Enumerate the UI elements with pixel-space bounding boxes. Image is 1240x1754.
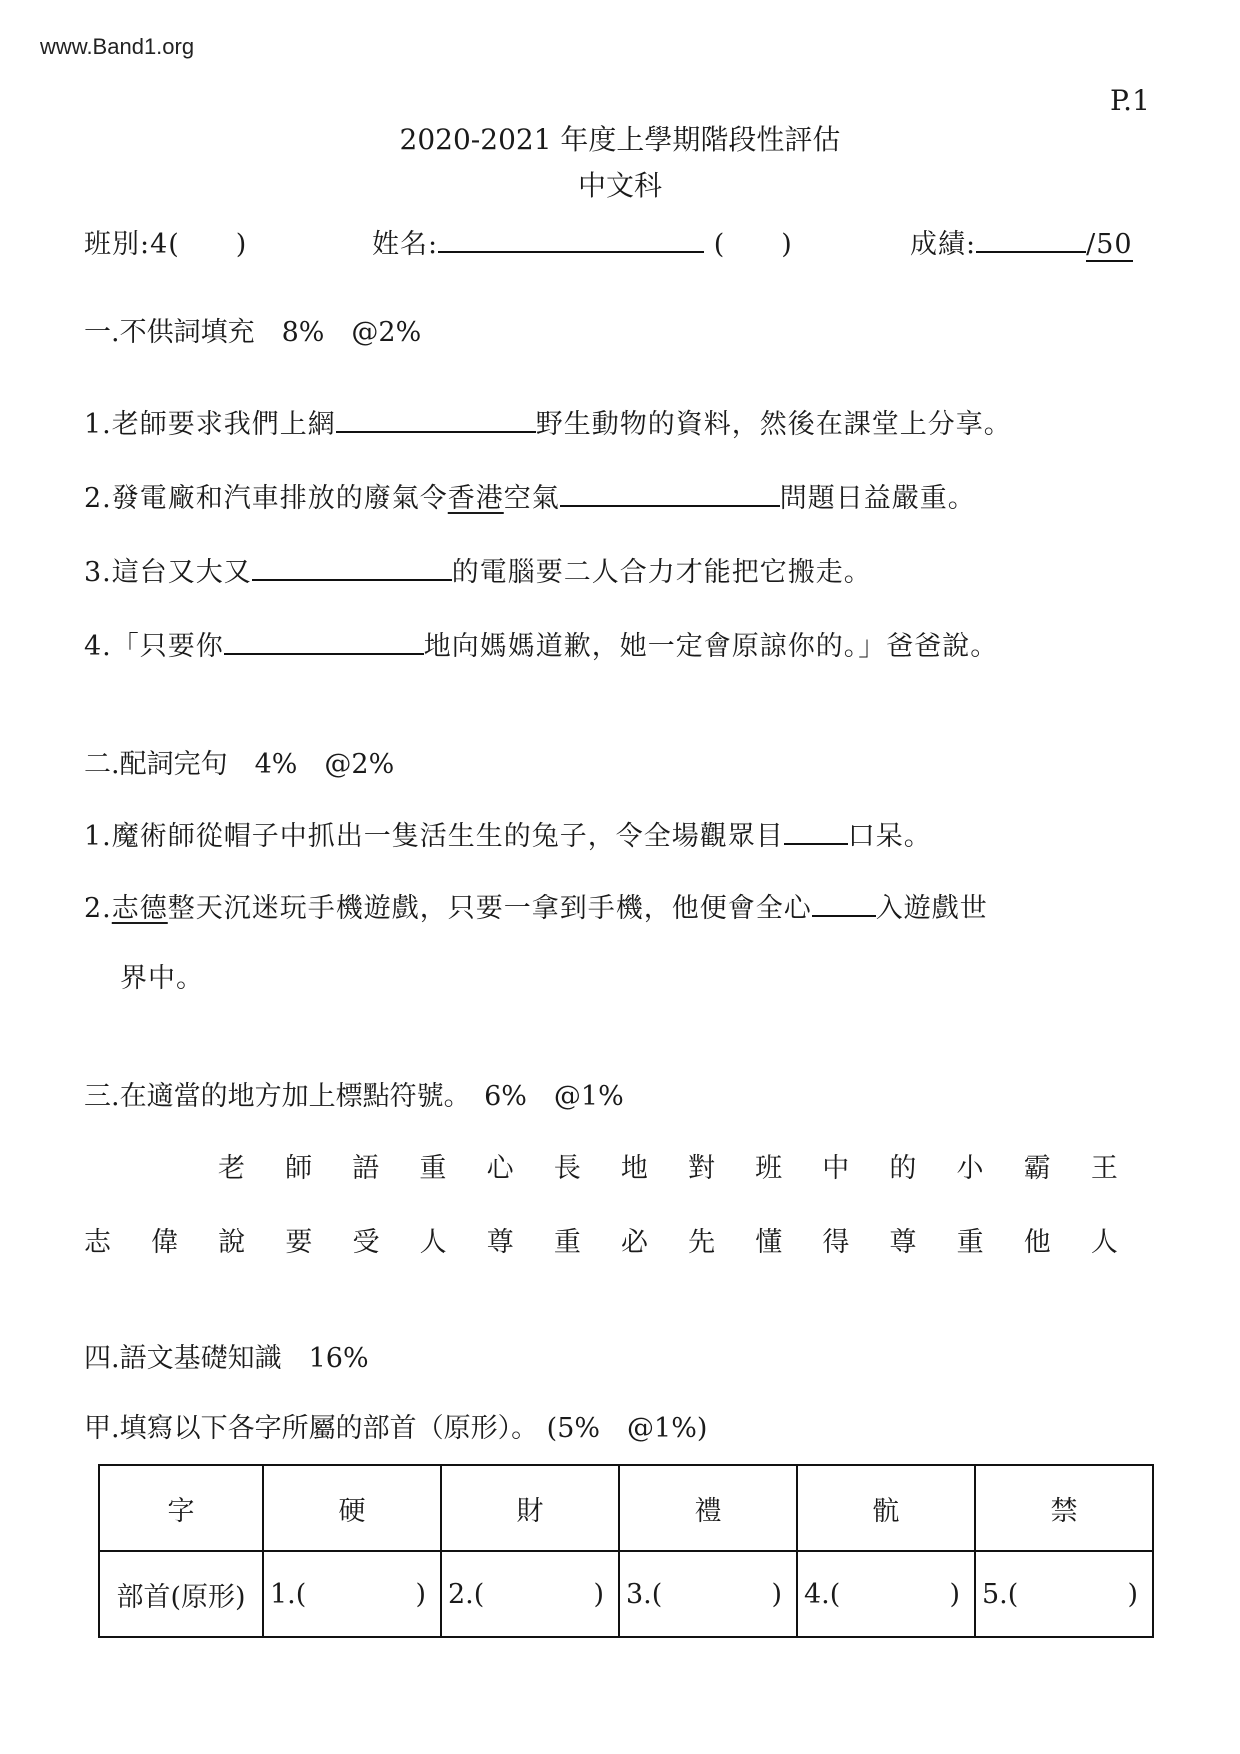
char: 中 <box>822 1146 849 1185</box>
section-1-heading: 一.不供詞填充 8% @2% <box>84 310 421 349</box>
char: 長 <box>554 1146 581 1185</box>
radical-table: 字 硬 財 禮 骯 禁 部首(原形) 1.() 2.() 3.() 4.() 5… <box>98 1464 1154 1638</box>
question-text: 野生動物的資料，然後在課堂上分享。 <box>536 409 1012 440</box>
answer-label: 1.( <box>270 1579 306 1610</box>
question-1-2: 2.發電廠和汽車排放的廢氣令香港空氣問題日益嚴重。 <box>84 476 976 515</box>
question-2-1: 1.魔術師從帽子中抓出一隻活生生的兔子，令全場觀眾目口呆。 <box>84 814 932 853</box>
question-text: 1.魔術師從帽子中抓出一隻活生生的兔子，令全場觀眾目 <box>84 821 784 852</box>
char: 得 <box>822 1220 849 1259</box>
question-text: 1.老師要求我們上網 <box>84 409 336 440</box>
subject-title: 中文科 <box>0 164 1240 204</box>
char: 懂 <box>755 1220 782 1259</box>
watermark: www.Band1.org <box>40 34 194 60</box>
name-number-paren: ( ) <box>714 229 793 260</box>
char: 語 <box>352 1146 379 1185</box>
section-4-heading: 四.語文基礎知識 16% <box>84 1336 369 1375</box>
answer-blank[interactable] <box>336 405 536 433</box>
char: 小 <box>957 1146 984 1185</box>
char: 志 <box>84 1220 111 1259</box>
question-text: 4.「只要你 <box>84 631 224 662</box>
answer-row: 部首(原形) 1.() 2.() 3.() 4.() 5.() <box>99 1551 1153 1637</box>
proper-noun: 志德 <box>112 893 168 924</box>
close-paren: ) <box>771 1579 782 1610</box>
question-1-3: 3.這台又大又的電腦要二人合力才能把它搬走。 <box>84 550 872 589</box>
answer-blank[interactable] <box>784 817 848 845</box>
question-text: 問題日益嚴重。 <box>780 483 976 514</box>
class-label: 班別:4( ) <box>84 229 247 260</box>
answer-label: 3.( <box>626 1579 662 1610</box>
question-1-1: 1.老師要求我們上網野生動物的資料，然後在課堂上分享。 <box>84 402 1012 441</box>
char: 重 <box>957 1220 984 1259</box>
answer-blank[interactable] <box>812 889 876 917</box>
char: 尊 <box>487 1220 514 1259</box>
char: 偉 <box>151 1220 178 1259</box>
close-paren: ) <box>593 1579 604 1610</box>
char: 重 <box>419 1146 446 1185</box>
section-3-heading: 三.在適當的地方加上標點符號。 6% @1% <box>84 1074 624 1113</box>
character-row: 字 硬 財 禮 骯 禁 <box>99 1465 1153 1551</box>
score-label: 成績: <box>910 229 976 260</box>
char: 王 <box>1091 1146 1118 1185</box>
section-4-sub-heading: 甲.填寫以下各字所屬的部首（原形）。 (5% @1%) <box>84 1406 707 1445</box>
char: 必 <box>621 1220 648 1259</box>
char: 心 <box>487 1146 514 1185</box>
char: 人 <box>1091 1220 1118 1259</box>
answer-cell[interactable]: 2.() <box>441 1551 619 1637</box>
close-paren: ) <box>1127 1579 1138 1610</box>
char: 師 <box>285 1146 312 1185</box>
exam-title: 2020-2021 年度上學期階段性評估 <box>0 118 1240 158</box>
question-1-4: 4.「只要你地向媽媽道歉，她一定會原諒你的。」爸爸說。 <box>84 624 998 663</box>
char: 先 <box>688 1220 715 1259</box>
score-blank[interactable] <box>976 225 1086 253</box>
char: 說 <box>218 1220 245 1259</box>
score-field: 成績:/50 <box>910 222 1133 261</box>
name-label: 姓名: <box>372 229 438 260</box>
character-cell: 禁 <box>975 1465 1153 1551</box>
answer-label: 2.( <box>448 1579 484 1610</box>
question-text: 整天沉迷玩手機遊戲，只要一拿到手機，他便會全心 <box>168 893 812 924</box>
question-text: 2.發電廠和汽車排放的廢氣令 <box>84 483 448 514</box>
character-cell: 骯 <box>797 1465 975 1551</box>
answer-cell[interactable]: 1.() <box>263 1551 441 1637</box>
name-blank[interactable] <box>438 225 704 253</box>
answer-blank[interactable] <box>224 627 424 655</box>
answer-blank[interactable] <box>252 553 452 581</box>
question-2-2: 2.志德整天沉迷玩手機遊戲，只要一拿到手機，他便會全心入遊戲世 <box>84 886 988 925</box>
char: 重 <box>554 1220 581 1259</box>
row-header: 字 <box>99 1465 263 1551</box>
score-total: /50 <box>1086 229 1132 262</box>
row-header: 部首(原形) <box>99 1551 263 1637</box>
punctuation-line-2: 志偉說要受人尊重必先懂得尊重他人 <box>84 1220 1118 1259</box>
question-number: 2. <box>84 893 112 924</box>
close-paren: ) <box>949 1579 960 1610</box>
answer-cell[interactable]: 5.() <box>975 1551 1153 1637</box>
question-text: 口呆。 <box>848 821 932 852</box>
char: 要 <box>285 1220 312 1259</box>
character-cell: 硬 <box>263 1465 441 1551</box>
page-number: P.1 <box>1110 84 1150 117</box>
answer-label: 4.( <box>804 1579 840 1610</box>
char: 對 <box>688 1146 715 1185</box>
class-field: 班別:4( ) <box>84 222 247 261</box>
question-text: 的電腦要二人合力才能把它搬走。 <box>452 557 872 588</box>
char: 地 <box>621 1146 648 1185</box>
char: 霸 <box>1024 1146 1051 1185</box>
answer-cell[interactable]: 4.() <box>797 1551 975 1637</box>
char: 人 <box>420 1220 447 1259</box>
character-cell: 財 <box>441 1465 619 1551</box>
char: 受 <box>353 1220 380 1259</box>
name-field: 姓名: ( ) <box>372 222 793 261</box>
punctuation-line-1: 老師語重心長地對班中的小霸王 <box>218 1146 1118 1185</box>
question-text: 入遊戲世 <box>876 893 988 924</box>
character-cell: 禮 <box>619 1465 797 1551</box>
char: 老 <box>218 1146 245 1185</box>
char: 尊 <box>890 1220 917 1259</box>
char: 他 <box>1024 1220 1051 1259</box>
question-2-2-continuation: 界中。 <box>120 956 204 995</box>
question-text: 地向媽媽道歉，她一定會原諒你的。」爸爸說。 <box>424 631 999 662</box>
answer-label: 5.( <box>982 1579 1018 1610</box>
answer-blank[interactable] <box>560 479 780 507</box>
question-text: 3.這台又大又 <box>84 557 252 588</box>
char: 的 <box>889 1146 916 1185</box>
close-paren: ) <box>415 1579 426 1610</box>
answer-cell[interactable]: 3.() <box>619 1551 797 1637</box>
question-text: 空氣 <box>504 483 560 514</box>
char: 班 <box>755 1146 782 1185</box>
section-2-heading: 二.配詞完句 4% @2% <box>84 742 394 781</box>
proper-noun: 香港 <box>448 483 504 514</box>
